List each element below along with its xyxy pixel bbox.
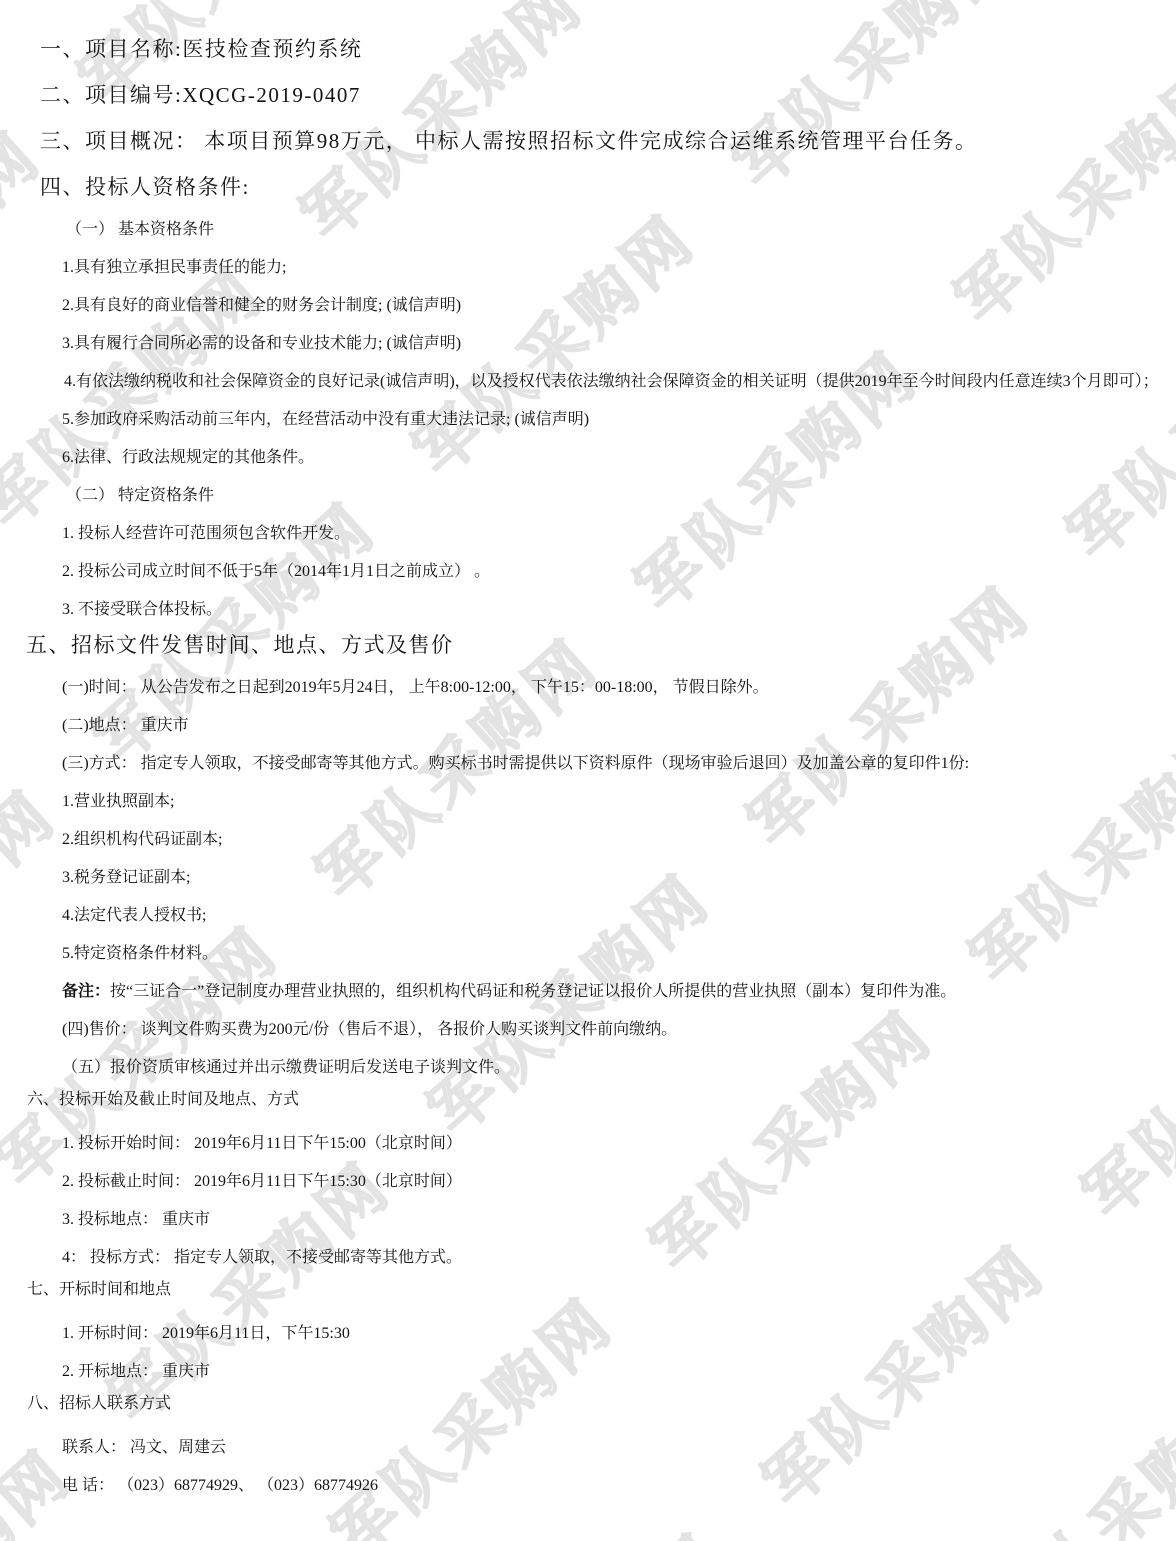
section-1-heading: 一、项目名称:医技检查预约系统 bbox=[40, 36, 1160, 62]
section-3-heading: 三、项目概况： 本项目预算98万元， 中标人需按照招标文件完成综合运维系统管理平… bbox=[40, 128, 1160, 154]
sale-method-text: (三)方式： 指定专人领取，不接受邮寄等其他方式。购买标书时需提供以下资料原件（… bbox=[62, 755, 969, 772]
material-3: 3.税务登记证副本; bbox=[62, 868, 1160, 888]
basic-condition-4: 4.有依法缴纳税收和社会保障资金的良好记录(诚信声明)，以及授权代表依法缴纳社会… bbox=[28, 372, 1160, 392]
material-2-text: 2.组织机构代码证副本; bbox=[62, 831, 222, 848]
bid-method: 4： 投标方式： 指定专人领取，不接受邮寄等其他方式。 bbox=[62, 1248, 1160, 1268]
section-6-heading-text: 六、投标开始及截止时间及地点、方式 bbox=[27, 1091, 299, 1108]
sale-note-5: （五）报价资质审核通过并出示缴费证明后发送电子谈判文件。 bbox=[62, 1058, 1160, 1078]
basic-condition-5: 5.参加政府采购活动前三年内，在经营活动中没有重大违法记录; (诚信声明) bbox=[62, 410, 1160, 430]
section-2-heading: 二、项目编号:XQCG-2019-0407 bbox=[40, 82, 1160, 108]
material-1: 1.营业执照副本; bbox=[62, 792, 1160, 812]
remark-label: 备注： bbox=[62, 983, 110, 1000]
basic-condition-2-text: 2.具有良好的商业信誉和健全的财务会计制度; (诚信声明) bbox=[62, 297, 461, 314]
section-3-heading-text: 三、项目概况： 本项目预算98万元， 中标人需按照招标文件完成综合运维系统管理平… bbox=[40, 129, 978, 153]
bid-method-text: 4： 投标方式： 指定专人领取，不接受邮寄等其他方式。 bbox=[62, 1249, 462, 1266]
special-condition-3: 3. 不接受联合体投标。 bbox=[62, 600, 1160, 620]
section-8-heading-text: 八、招标人联系方式 bbox=[27, 1395, 171, 1412]
bid-place-text: 3. 投标地点： 重庆市 bbox=[62, 1211, 210, 1228]
special-condition-2-text: 2. 投标公司成立时间不低于5年（2014年1月1日之前成立） 。 bbox=[62, 563, 490, 580]
section-4-heading: 四、投标人资格条件: bbox=[40, 174, 1160, 200]
bid-place: 3. 投标地点： 重庆市 bbox=[62, 1210, 1160, 1230]
material-4-text: 4.法定代表人授权书; bbox=[62, 907, 206, 924]
special-condition-2: 2. 投标公司成立时间不低于5年（2014年1月1日之前成立） 。 bbox=[62, 562, 1160, 582]
special-condition-3-text: 3. 不接受联合体投标。 bbox=[62, 601, 222, 618]
section-1-heading-text: 一、项目名称:医技检查预约系统 bbox=[40, 37, 362, 61]
open-place: 2. 开标地点： 重庆市 bbox=[62, 1362, 1160, 1382]
contact-phone-text: 电 话： （023）68774929、 （023）68774926 bbox=[62, 1477, 378, 1494]
sale-place: (二)地点： 重庆市 bbox=[62, 716, 1160, 736]
sale-place-text: (二)地点： 重庆市 bbox=[62, 717, 189, 734]
material-3-text: 3.税务登记证副本; bbox=[62, 869, 190, 886]
section-7-heading-text: 七、开标时间和地点 bbox=[27, 1281, 171, 1298]
sale-price: (四)售价： 谈判文件购买费为200元/份（售后不退）， 各报价人购买谈判文件前… bbox=[62, 1020, 1160, 1040]
sale-method: (三)方式： 指定专人领取，不接受邮寄等其他方式。购买标书时需提供以下资料原件（… bbox=[62, 754, 1160, 774]
section-4-sub-2-heading-text: （二） 特定资格条件 bbox=[66, 487, 214, 504]
document: 一、项目名称:医技检查预约系统二、项目编号:XQCG-2019-0407三、项目… bbox=[0, 0, 1176, 1496]
material-1-text: 1.营业执照副本; bbox=[62, 793, 174, 810]
basic-condition-2: 2.具有良好的商业信誉和健全的财务会计制度; (诚信声明) bbox=[62, 296, 1160, 316]
section-8-heading: 八、招标人联系方式 bbox=[27, 1394, 1160, 1414]
section-4-sub-1-heading-text: （一） 基本资格条件 bbox=[66, 221, 214, 238]
basic-condition-5-text: 5.参加政府采购活动前三年内，在经营活动中没有重大违法记录; (诚信声明) bbox=[62, 411, 589, 428]
material-4: 4.法定代表人授权书; bbox=[62, 906, 1160, 926]
contact-phone: 电 话： （023）68774929、 （023）68774926 bbox=[62, 1476, 1160, 1496]
basic-condition-4-text: 4.有依法缴纳税收和社会保障资金的良好记录(诚信声明)，以及授权代表依法缴纳社会… bbox=[64, 373, 1159, 390]
sale-time: (一)时间： 从公告发布之日起到2019年5月24日， 上午8:00-12:00… bbox=[62, 678, 1160, 698]
section-6-heading: 六、投标开始及截止时间及地点、方式 bbox=[27, 1090, 1160, 1110]
section-7-heading: 七、开标时间和地点 bbox=[27, 1280, 1160, 1300]
material-2: 2.组织机构代码证副本; bbox=[62, 830, 1160, 850]
remark-text: 按“三证合一”登记制度办理营业执照的，组织机构代码证和税务登记证以报价人所提供的… bbox=[110, 983, 956, 1000]
open-time: 1. 开标时间： 2019年6月11日，下午15:30 bbox=[62, 1324, 1160, 1344]
section-4-sub-2-heading: （二） 特定资格条件 bbox=[66, 486, 1160, 506]
special-condition-1: 1. 投标人经营许可范围须包含软件开发。 bbox=[62, 524, 1160, 544]
sale-price-text: (四)售价： 谈判文件购买费为200元/份（售后不退）， 各报价人购买谈判文件前… bbox=[62, 1021, 677, 1038]
bid-start-time: 1. 投标开始时间： 2019年6月11日下午15:00（北京时间） bbox=[62, 1134, 1160, 1154]
bid-deadline-text: 2. 投标截止时间： 2019年6月11日下午15:30（北京时间） bbox=[62, 1173, 462, 1190]
section-4-sub-1-heading: （一） 基本资格条件 bbox=[66, 220, 1160, 240]
bid-start-time-text: 1. 投标开始时间： 2019年6月11日下午15:00（北京时间） bbox=[62, 1135, 462, 1152]
special-condition-1-text: 1. 投标人经营许可范围须包含软件开发。 bbox=[62, 525, 350, 542]
section-4-heading-text: 四、投标人资格条件: bbox=[40, 175, 250, 199]
section-2-heading-text: 二、项目编号:XQCG-2019-0407 bbox=[40, 83, 361, 107]
sale-time-text: (一)时间： 从公告发布之日起到2019年5月24日， 上午8:00-12:00… bbox=[62, 679, 769, 696]
basic-condition-3-text: 3.具有履行合同所必需的设备和专业技术能力; (诚信声明) bbox=[62, 335, 461, 352]
material-5: 5.特定资格条件材料。 bbox=[62, 944, 1160, 964]
basic-condition-3: 3.具有履行合同所必需的设备和专业技术能力; (诚信声明) bbox=[62, 334, 1160, 354]
section-5-heading: 五、招标文件发售时间、地点、方式及售价 bbox=[26, 632, 1160, 658]
open-place-text: 2. 开标地点： 重庆市 bbox=[62, 1363, 210, 1380]
basic-condition-1-text: 1.具有独立承担民事责任的能力; bbox=[62, 259, 286, 276]
contact-person: 联系人： 冯文、周建云 bbox=[62, 1438, 1160, 1458]
open-time-text: 1. 开标时间： 2019年6月11日，下午15:30 bbox=[62, 1325, 350, 1342]
sale-note-5-text: （五）报价资质审核通过并出示缴费证明后发送电子谈判文件。 bbox=[62, 1059, 510, 1076]
section-5-heading-text: 五、招标文件发售时间、地点、方式及售价 bbox=[26, 633, 454, 657]
basic-condition-6: 6.法律、行政法规规定的其他条件。 bbox=[62, 448, 1160, 468]
page: { "watermark": { "text": "军队采购网", "color… bbox=[0, 0, 1176, 1541]
material-5-text: 5.特定资格条件材料。 bbox=[62, 945, 218, 962]
remark: 备注：按“三证合一”登记制度办理营业执照的，组织机构代码证和税务登记证以报价人所… bbox=[62, 982, 1160, 1002]
basic-condition-1: 1.具有独立承担民事责任的能力; bbox=[62, 258, 1160, 278]
basic-condition-6-text: 6.法律、行政法规规定的其他条件。 bbox=[62, 449, 314, 466]
bid-deadline: 2. 投标截止时间： 2019年6月11日下午15:30（北京时间） bbox=[62, 1172, 1160, 1192]
contact-person-text: 联系人： 冯文、周建云 bbox=[62, 1439, 226, 1456]
